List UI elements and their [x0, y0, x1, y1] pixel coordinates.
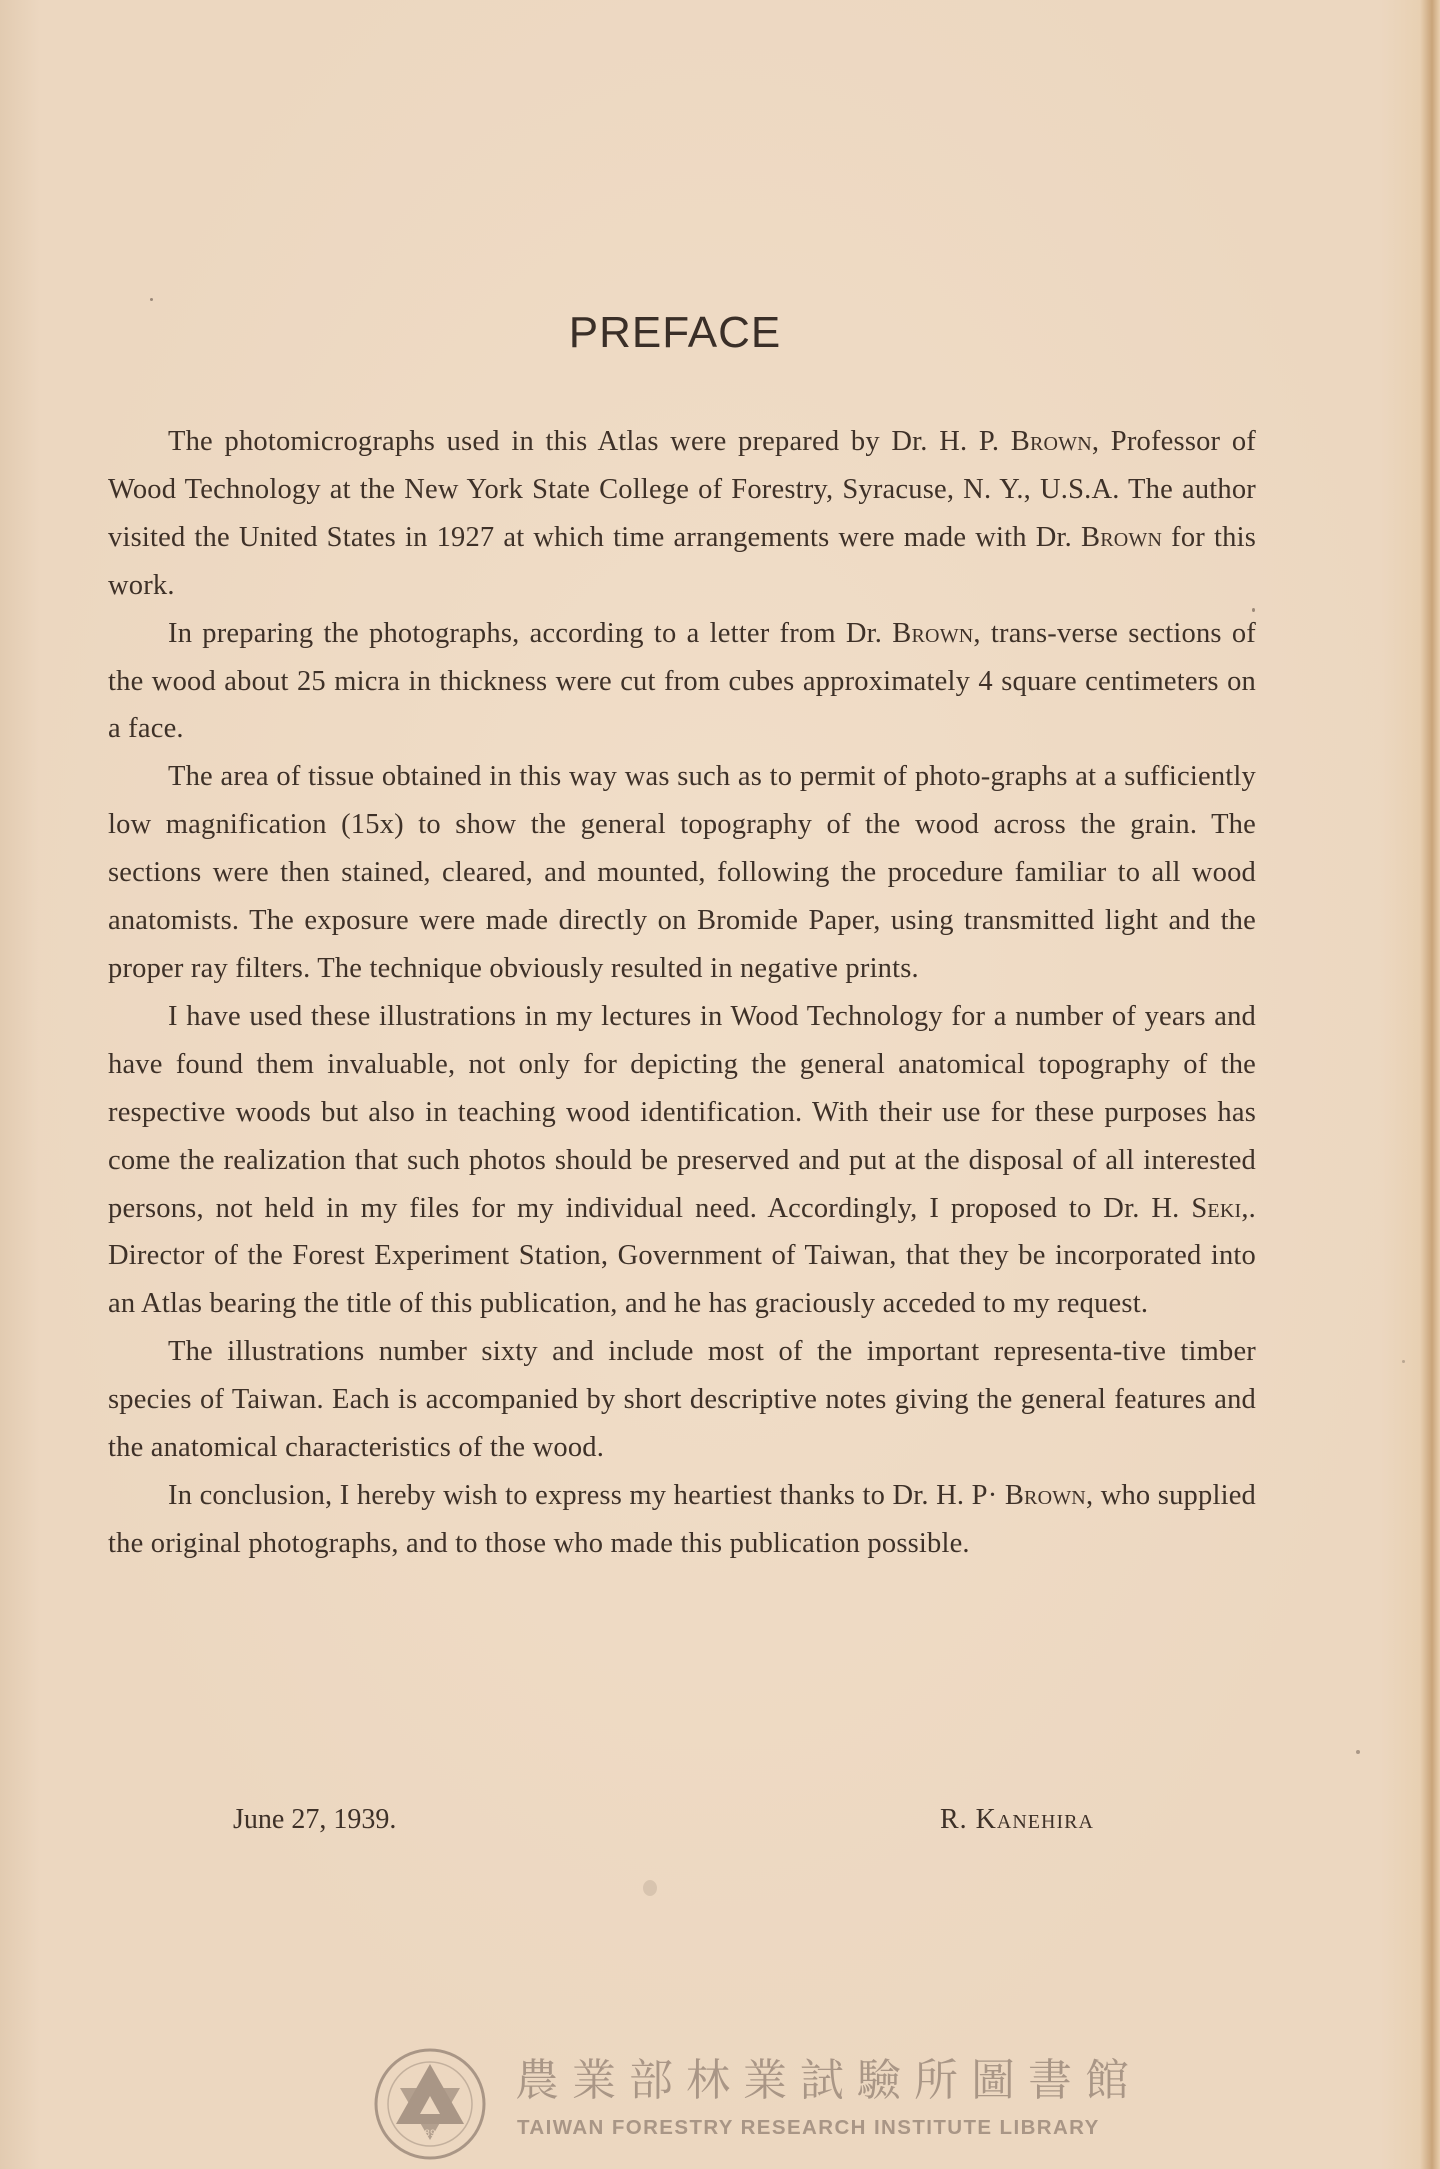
- paragraph-text: The photomicrographs used in this Atlas …: [168, 426, 1011, 457]
- small-caps-name: Brown: [892, 618, 973, 649]
- page-title: PREFACE: [0, 308, 1350, 358]
- preface-date: June 27, 1939.: [233, 1804, 396, 1836]
- preface-paragraph: In conclusion, I hereby wish to express …: [108, 1472, 1256, 1568]
- preface-paragraph: The photomicrographs used in this Atlas …: [108, 418, 1256, 610]
- preface-author: R. Kanehira: [940, 1804, 1094, 1836]
- paper-speck: [150, 298, 153, 301]
- paragraph-text: I have used these illustrations in my le…: [108, 1001, 1256, 1224]
- preface-paragraph: I have used these illustrations in my le…: [108, 993, 1256, 1328]
- small-caps-name: Seki: [1191, 1193, 1241, 1224]
- svg-text:1896: 1896: [419, 2129, 442, 2139]
- paper-speck: [1356, 1750, 1360, 1754]
- paragraph-text: The illustrations number sixty and inclu…: [108, 1336, 1256, 1463]
- library-name-english: TAIWAN FORESTRY RESEARCH INSTITUTE LIBRA…: [517, 2116, 1100, 2140]
- paper-speck: [1402, 1360, 1405, 1363]
- preface-paragraph: In preparing the photographs, according …: [108, 610, 1256, 754]
- paragraph-text: The area of tissue obtained in this way …: [108, 761, 1256, 984]
- paragraph-text: In conclusion, I hereby wish to express …: [168, 1480, 1005, 1511]
- institute-seal-icon: 1896: [370, 2044, 490, 2164]
- small-caps-name: Brown: [1005, 1480, 1086, 1511]
- preface-paragraph: The area of tissue obtained in this way …: [108, 753, 1256, 993]
- small-caps-name: Brown: [1011, 426, 1092, 457]
- preface-paragraph: The illustrations number sixty and inclu…: [108, 1328, 1256, 1472]
- small-caps-name: Brown: [1081, 522, 1162, 553]
- paper-speck: [1252, 608, 1255, 612]
- paragraph-text: In preparing the photographs, according …: [168, 618, 892, 649]
- library-watermark: 1896 農業部林業試驗所圖書館 TAIWAN FORESTRY RESEARC…: [370, 2044, 1090, 2154]
- library-name-chinese: 農業部林業試驗所圖書館: [515, 2044, 1142, 2108]
- paper-stain: [643, 1880, 657, 1896]
- scanned-page: PREFACE The photomicrographs used in thi…: [0, 0, 1440, 2169]
- preface-body: The photomicrographs used in this Atlas …: [108, 418, 1256, 1568]
